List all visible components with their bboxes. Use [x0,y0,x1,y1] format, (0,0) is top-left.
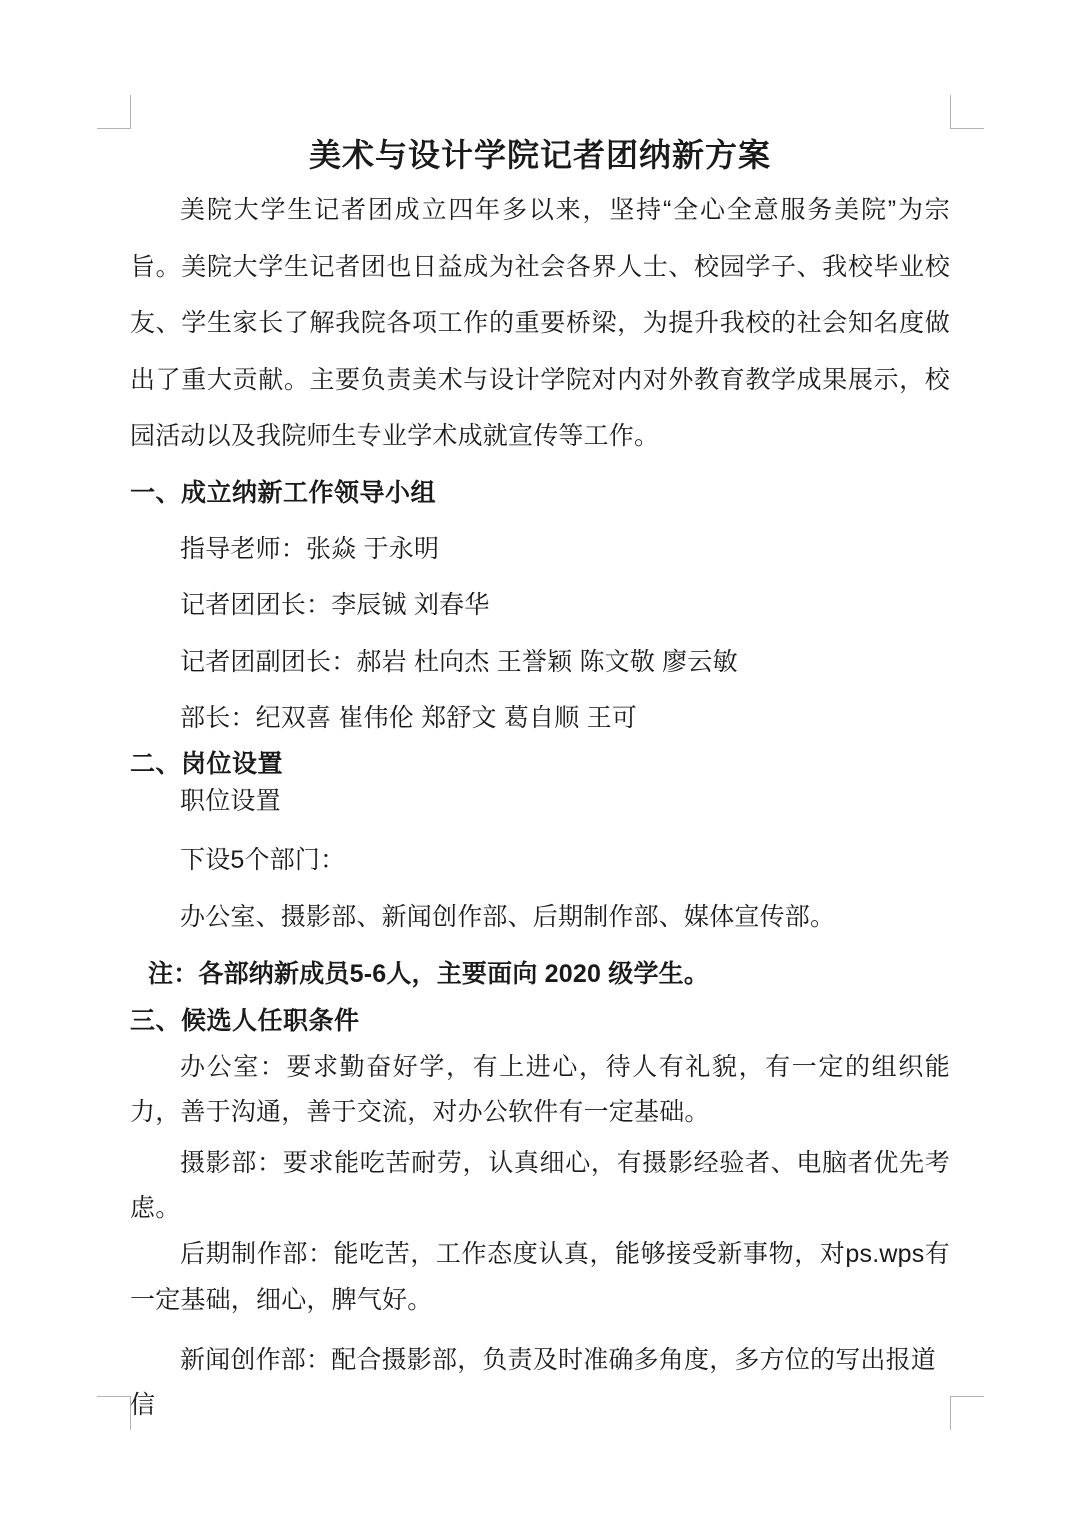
condition-photography: 摄影部：要求能吃苦耐劳，认真细心，有摄影经验者、电脑者优先考虑。 [130,1141,950,1231]
margin-corner-mark-bottom-right [950,1396,984,1430]
departments-count-line: 下设5个部门： [130,838,950,883]
condition-office: 办公室：要求勤奋好学，有上进心，待人有礼貌，有一定的组织能力，善于沟通，善于交流… [130,1045,950,1135]
position-setup-line: 职位设置 [130,778,950,824]
margin-corner-mark-top-right [950,95,984,129]
leaders-line-teachers: 指导老师：张焱 于永明 [130,521,950,578]
margin-corner-mark-bottom-left [97,1396,131,1430]
section-2-heading: 二、岗位设置 [130,750,950,778]
margin-corner-mark-top-left [97,95,131,129]
section-3-heading: 三、候选人任职条件 [130,997,950,1045]
leaders-line-ministers: 部长：纪双喜 崔伟伦 郑舒文 葛自顺 王可 [130,690,950,747]
condition-post-production: 后期制作部：能吃苦，工作态度认真，能够接受新事物，对ps.wps有一定基础，细心… [130,1231,950,1323]
section-1-heading: 一、成立纳新工作领导小组 [130,465,950,521]
leaders-line-president: 记者团团长：李辰铖 刘春华 [130,577,950,634]
document-title: 美术与设计学院记者团纳新方案 [130,128,950,182]
condition-news-writing: 新闻创作部：配合摄影部，负责及时准确多角度，多方位的写出报道信 [130,1338,950,1428]
leaders-line-vice-presidents: 记者团副团长：郝岩 杜向杰 王誉颖 陈文敬 廖云敏 [130,634,950,691]
text-area: 美术与设计学院记者团纳新方案 美院大学生记者团成立四年多以来，坚持“全心全意服务… [130,128,950,1428]
document-page: 美术与设计学院记者团纳新方案 美院大学生记者团成立四年多以来，坚持“全心全意服务… [0,0,1080,1527]
recruitment-note: 注：各部纳新成员5-6人，主要面向 2020 级学生。 [130,952,950,997]
departments-list-line: 办公室、摄影部、新闻创作部、后期制作部、媒体宣传部。 [130,895,950,940]
intro-paragraph: 美院大学生记者团成立四年多以来，坚持“全心全意服务美院”为宗旨。美院大学生记者团… [130,182,950,465]
